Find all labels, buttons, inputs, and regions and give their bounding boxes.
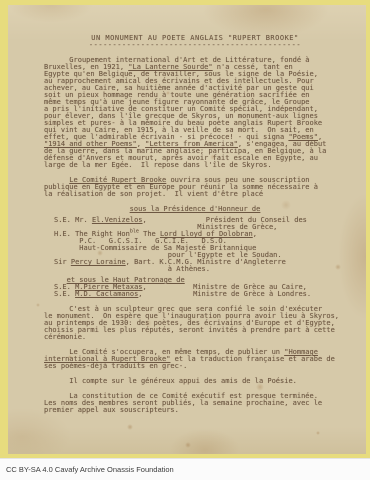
- underlined-text: M.D. Caclamanos: [75, 290, 138, 298]
- honour-presidents-list: S.E. Mr. El.Venizelos, Président du Cons…: [54, 217, 346, 273]
- document-page: UN MONUMENT AU POETE ANGLAIS "RUPERT BRO…: [8, 5, 366, 454]
- text-run: La constitution de ce Comité exécutif es…: [44, 392, 322, 414]
- title-underline: ----------------------------------------…: [44, 42, 346, 49]
- underlined-text: sous la Présidence d'Honneur de: [130, 205, 261, 213]
- text-run: Il compte sur le généreux appui des amis…: [44, 377, 297, 385]
- paragraph-constitution: La constitution de ce Comité exécutif es…: [44, 393, 346, 414]
- document-title: UN MONUMENT AU POETE ANGLAIS "RUPERT BRO…: [44, 35, 346, 42]
- text-run: , Ministre de Grèce à Londres.: [138, 290, 311, 298]
- paragraph-committee: Le Comité Rupert Brooke ouvrira sous peu…: [44, 177, 346, 198]
- paragraph-intro: Groupement international d'Art et de Lit…: [44, 57, 346, 169]
- document-body: UN MONUMENT AU POETE ANGLAIS "RUPERT BRO…: [44, 35, 346, 414]
- paragraph-hommage: Le Comité s'occupera, en même temps, de …: [44, 349, 346, 370]
- text-run: n'a cessé, tant en Egypte qu'en Belgique…: [44, 63, 322, 141]
- scan-view: { "colors":{"backing":"#e7dc7e","paper":…: [0, 0, 370, 480]
- text-run: ble: [130, 229, 139, 235]
- patronage-list: et sous le Haut Patronage de S.E. M.Pier…: [54, 277, 346, 298]
- paragraph-appui: Il compte sur le généreux appui des amis…: [44, 378, 346, 385]
- paragraph-sculptor: C'est à un sculpteur grec que sera confi…: [44, 306, 346, 341]
- text-run: C'est à un sculpteur grec que sera confi…: [44, 305, 339, 341]
- heading-presidence: sous la Présidence d'Honneur de: [44, 206, 346, 213]
- license-text: CC BY-SA 4.0 Cavafy Archive Onassis Foun…: [6, 465, 174, 474]
- license-bar: CC BY-SA 4.0 Cavafy Archive Onassis Foun…: [0, 458, 370, 480]
